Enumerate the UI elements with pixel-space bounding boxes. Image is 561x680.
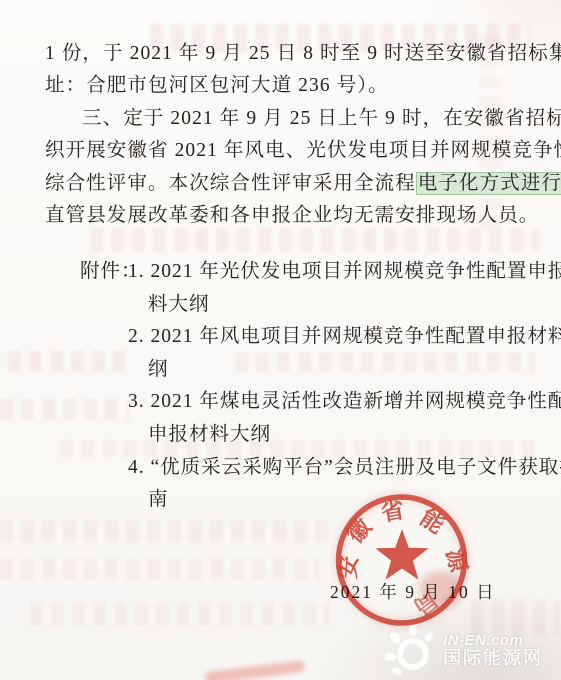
sun-logo-icon (385, 624, 437, 676)
attachments-list: 附件： 1. 2021 年光伏发电项目并网规模竞争性配置申报材 料大纲 2. 2… (80, 256, 520, 517)
attachment-line: 申报材料大纲 (148, 419, 520, 452)
seal-char: 省 (379, 497, 406, 526)
body-line: 织开展安徽省 2021 年风电、光伏发电项目并网规模竞争性配置 (45, 135, 518, 167)
attachment-line: 3. 2021 年煤电灵活性改造新增并网规模竞争性配置 (128, 386, 520, 419)
attachment-item: 附件： 1. 2021 年光伏发电项目并网规模竞争性配置申报材 (80, 256, 520, 289)
highlighted-phrase: 电子化方式进行 (416, 172, 561, 195)
body-line: 三、定于 2021 年 9 月 25 日上午 9 时，在安徽省招标集团组 (45, 103, 518, 135)
body-text-segment: 综合性评审。本次综合性评审采用全流程 (45, 173, 416, 194)
seal-char: 徽 (342, 514, 376, 548)
ink-smear (205, 660, 306, 680)
body-line: 1 份，于 2021 年 9 月 25 日 8 时至 9 时送至安徽省招标集团（… (45, 38, 518, 70)
body-line: 址：合肥市包河区包河大道 236 号）。 (45, 70, 518, 102)
official-seal: 安 徽 省 能 源 局 (327, 485, 477, 635)
bleedthrough-smudge (30, 602, 330, 626)
watermark: IN-EN.com 国际能源网 (385, 622, 555, 678)
seal-char: 安 (334, 555, 362, 580)
watermark-site-name: 国际能源网 (443, 648, 543, 668)
seal-star-icon (375, 529, 428, 580)
attachment-line: 料大纲 (148, 289, 520, 322)
bleedthrough-smudge (0, 520, 330, 542)
body-line: 直管县发展改革委和各申报企业均无需安排现场人员。 (45, 200, 518, 232)
attachment-line: 1. 2021 年光伏发电项目并网规模竞争性配置申报材 (128, 256, 561, 289)
watermark-brand: IN-EN.com (443, 633, 543, 648)
attachment-line: 纲 (148, 354, 520, 387)
attachment-line: 2. 2021 年风电项目并网规模竞争性配置申报材料大 (128, 321, 520, 354)
bleedthrough-smudge (0, 558, 320, 580)
watermark-text: IN-EN.com 国际能源网 (443, 633, 543, 668)
attachment-line: 4. “优质采云采购平台”会员注册及电子文件获取指 (128, 452, 520, 485)
body-line-with-highlight: 综合性评审。本次综合性评审采用全流程电子化方式进行，各市、 (45, 168, 518, 200)
attachments-label: 附件： (80, 256, 128, 289)
scanned-document-page: 1 份，于 2021 年 9 月 25 日 8 时至 9 时送至安徽省招标集团（… (0, 0, 561, 680)
body-text: 1 份，于 2021 年 9 月 25 日 8 时至 9 时送至安徽省招标集团（… (45, 38, 518, 232)
